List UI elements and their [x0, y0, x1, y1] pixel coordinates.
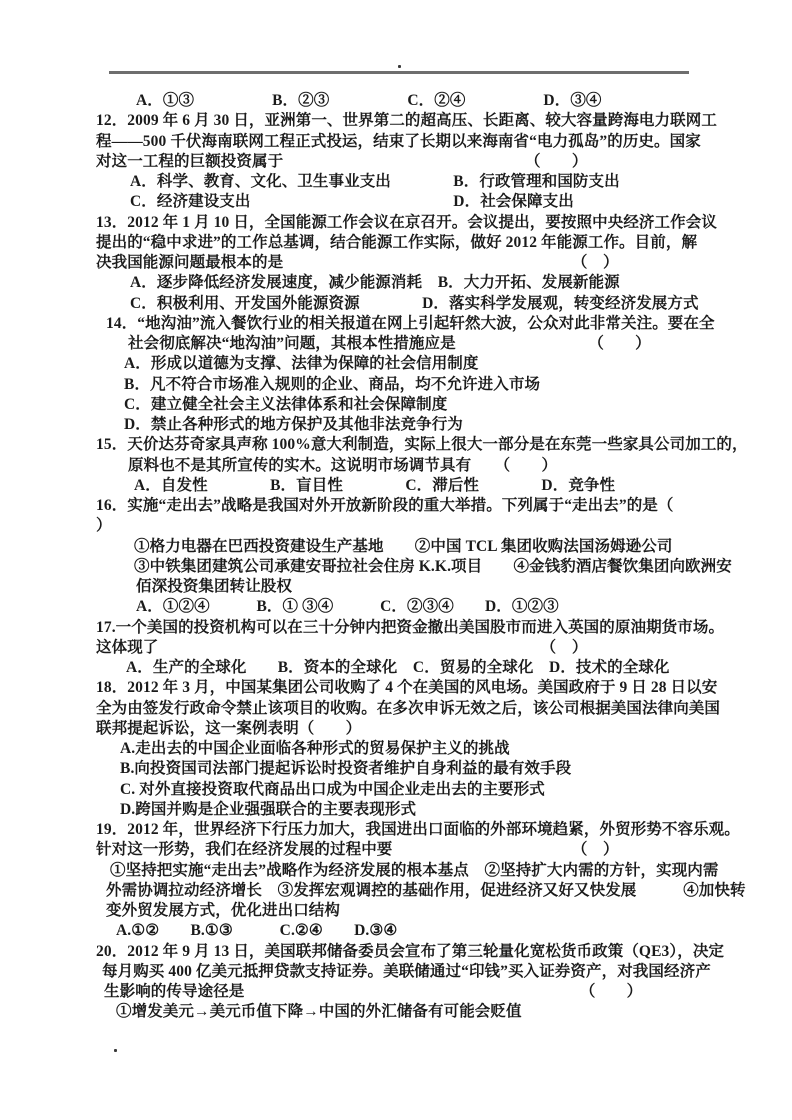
q19-options-row: A.①② B.①③ C.②④ D.③④ — [96, 921, 792, 941]
page-header-rule — [109, 71, 689, 74]
q20-item-1: ①增发美元→美元币值下降→中国的外汇储备有可能会贬值 — [96, 1002, 792, 1022]
q19-stem-1: 19．2012 年，世界经济下行压力加大，我国进出口面临的外部环境趋紧，外贸形势… — [96, 820, 792, 840]
q16-stem-2: ） — [96, 516, 792, 536]
q13-options-ab: A．逐步降低经济发展速度，减少能源消耗 B．大力开拓、发展新能源 — [96, 273, 792, 293]
q19-stem-2: 针对这一形势，我们在经济发展的过程中要 （ ） — [96, 840, 792, 860]
q12-stem-2: 程——500 千伏海南联网工程正式投运，结束了长期以来海南省“电力孤岛”的历史。… — [96, 132, 792, 152]
q16-stem-1: 16．实施“走出去”战略是我国对外开放新阶段的重大举措。下列属于“走出去”的是（ — [96, 496, 792, 516]
q18-stem-1: 18．2012 年 3 月，中国某集团公司收购了 4 个在美国的风电场。美国政府… — [96, 678, 792, 698]
q19-item-1-2: ①坚持把实施“走出去”战略作为经济发展的根本基点 ②坚持扩大内需的方针，实现内需 — [96, 861, 792, 881]
q19-item-2-3: 外需协调拉动经济增长 ③发挥宏观调控的基础作用，促进经济又好又快发展 ④加快转 — [96, 881, 792, 901]
q18-stem-2: 全为由签发行政命令禁止该项目的收购。在多次申诉无效之后，该公司根据美国法律向美国 — [96, 699, 792, 719]
exam-document-page: A．①③ B．②③ C．②④ D．③④12．2009 年 6 月 30 日，亚洲… — [0, 0, 792, 1120]
document-lines: A．①③ B．②③ C．②④ D．③④12．2009 年 6 月 30 日，亚洲… — [96, 91, 792, 1023]
q18-option-d: D.跨国并购是企业强强联合的主要表现形式 — [96, 800, 792, 820]
q18-option-b: B.向投资国司法部门提起诉讼时投资者维护自身利益的最有效手段 — [96, 759, 792, 779]
q17-stem-2: 这体现了 （ ） — [96, 638, 792, 658]
q20-stem-2: 每月购买 400 亿美元抵押贷款支持证券。美联储通过“印钱”买入证券资产，对我国… — [96, 962, 792, 982]
q11-answer-options-row: A．①③ B．②③ C．②④ D．③④ — [96, 91, 792, 111]
q12-options-ab: A．科学、教育、文化、卫生事业支出 B．行政管理和国防支出 — [96, 172, 792, 192]
q14-option-c: C．建立健全社会主义法律体系和社会保障制度 — [96, 395, 792, 415]
q18-option-a: A.走出去的中国企业面临各种形式的贸易保护主义的挑战 — [96, 739, 792, 759]
q15-stem-1: 15．天价达芬奇家具声称 100%意大利制造，实际上很大一部分是在东莞一些家具公… — [96, 435, 792, 455]
q13-stem-3: 决我国能源问题最根本的是 （ ） — [96, 253, 792, 273]
q13-stem-2: 提出的“稳中求进”的工作总基调，结合能源工作实际，做好 2012 年能源工作。目… — [96, 233, 792, 253]
q14-option-a: A．形成以道德为支撑、法律为保障的社会信用制度 — [96, 354, 792, 374]
q16-options-row: A．①②④ B．① ③④ C．②③④ D．①②③ — [96, 597, 792, 617]
q13-stem-1: 13．2012 年 1 月 10 日，全国能源工作会议在京召开。会议提出，要按照… — [96, 213, 792, 233]
scan-speck-top — [398, 65, 401, 68]
q19-item-4-cont: 变外贸发展方式，优化进出口结构 — [96, 901, 792, 921]
q14-option-d: D．禁止各种形式的地方保护及其他非法竞争行为 — [96, 415, 792, 435]
q18-stem-3: 联邦提起诉讼，这一案例表明（ ） — [96, 719, 792, 739]
q14-stem-2: 社会彻底解决“地沟油”问题，其根本性措施应是 （ ） — [96, 334, 792, 354]
q12-stem-3: 对这一工程的巨额投资属于 （ ） — [96, 152, 792, 172]
q12-options-cd: C．经济建设支出 D．社会保障支出 — [96, 192, 792, 212]
q13-options-cd: C．积极利用、开发国外能源资源 D．落实科学发展观，转变经济发展方式 — [96, 294, 792, 314]
q17-options-row: A．生产的全球化 B．资本的全球化 C．贸易的全球化 D．技术的全球化 — [96, 658, 792, 678]
q20-stem-3: 生影响的传导途径是 （ ） — [96, 982, 792, 1002]
q17-stem-1: 17.一个美国的投资机构可以在三十分钟内把资金撤出美国股市而进入英国的原油期货市… — [96, 618, 792, 638]
q16-item-3-4: ③中铁集团建筑公司承建安哥拉社会住房 K.K.项目 ④金钱豹酒店餐饮集团向欧洲安 — [96, 557, 792, 577]
scan-speck-bottom — [114, 1049, 117, 1052]
q20-stem-1: 20．2012 年 9 月 13 日，美国联邦储备委员会宣布了第三轮量化宽松货币… — [96, 942, 792, 962]
q15-stem-2: 原料也不是其所宣传的实木。这说明市场调节具有 （ ） — [96, 456, 792, 476]
q14-option-b: B．凡不符合市场准入规则的企业、商品，均不允许进入市场 — [96, 375, 792, 395]
q18-option-c: C. 对外直接投资取代商品出口成为中国企业走出去的主要形式 — [96, 780, 792, 800]
q14-stem-1: 14．“地沟油”流入餐饮行业的相关报道在网上引起轩然大波，公众对此非常关注。要在… — [96, 314, 792, 334]
q15-options-row: A．自发性 B．盲目性 C．滞后性 D．竞争性 — [96, 476, 792, 496]
q16-item-4-cont: 佰深投资集团转让股权 — [96, 577, 792, 597]
q16-item-1-2: ①格力电器在巴西投资建设生产基地 ②中国 TCL 集团收购法国汤姆逊公司 — [96, 537, 792, 557]
q12-stem-1: 12．2009 年 6 月 30 日，亚洲第一、世界第二的超高压、长距离、较大容… — [96, 111, 792, 131]
